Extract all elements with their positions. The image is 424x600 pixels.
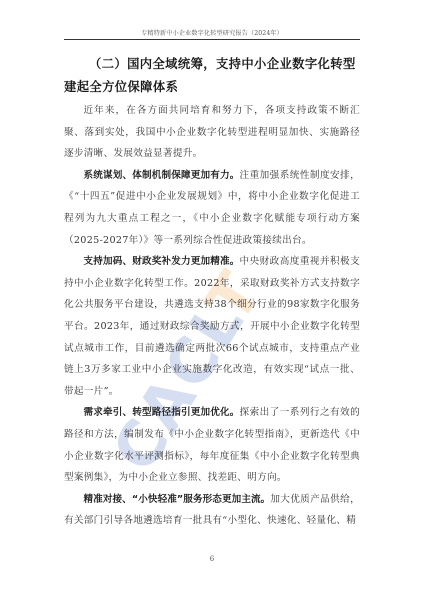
paragraph-text: 中央财政高度重视并积极支持中小企业数字化转型工作。2022年，采取财政奖补方式支… [64, 256, 360, 397]
header-divider [64, 39, 360, 40]
body-text: 近年来，在各方面共同培育和努力下，各项支持政策不断汇聚、落到实处，我国中小企业数… [64, 100, 360, 532]
paragraph-text: 注重加强系统性制度安排，《“十四五”促进中小企业发展规划》中，将中小企业数字化促… [64, 170, 360, 246]
paragraph-intro: 近年来，在各方面共同培育和努力下，各项支持政策不断汇聚、落到实处，我国中小企业数… [64, 100, 360, 165]
paragraph-system-planning: 系统谋划、体制机制保障更加有力。注重加强系统性制度安排，《“十四五”促进中小企业… [64, 165, 360, 251]
paragraph-text: 探索出了一系列行之有效的路径和方法，编制发布《中小企业数字化转型指南》，更新迭代… [64, 407, 360, 483]
paragraph-lead: 需求牵引、转型路径指引更加优化。 [84, 407, 240, 418]
paragraph-precise-matching: 精准对接、“小快轻准”服务形态更加主流。加大优质产品供给，有关部门引导各地遴选培… [64, 489, 360, 532]
paragraph-lead: 精准对接、“小快轻准”服务形态更加主流。 [84, 494, 271, 505]
page-number: 6 [0, 555, 424, 563]
paragraph-lead: 系统谋划、体制机制保障更加有力。 [84, 170, 240, 181]
paragraph-demand-guidance: 需求牵引、转型路径指引更加优化。探索出了一系列行之有效的路径和方法，编制发布《中… [64, 402, 360, 488]
section-heading: （二）国内全域统筹，支持中小企业数字化转型建起全方位保障体系 [64, 52, 360, 98]
paragraph-lead: 支持加码、财政奖补发力更加精准。 [84, 256, 240, 267]
paragraph-text: 近年来，在各方面共同培育和努力下，各项支持政策不断汇聚、落到实处，我国中小企业数… [64, 105, 360, 159]
running-header: 专精特新中小企业数字化转型研究报告（2024年） [64, 28, 360, 37]
paragraph-fiscal-support: 支持加码、财政奖补发力更加精准。中央财政高度重视并积极支持中小企业数字化转型工作… [64, 251, 360, 402]
